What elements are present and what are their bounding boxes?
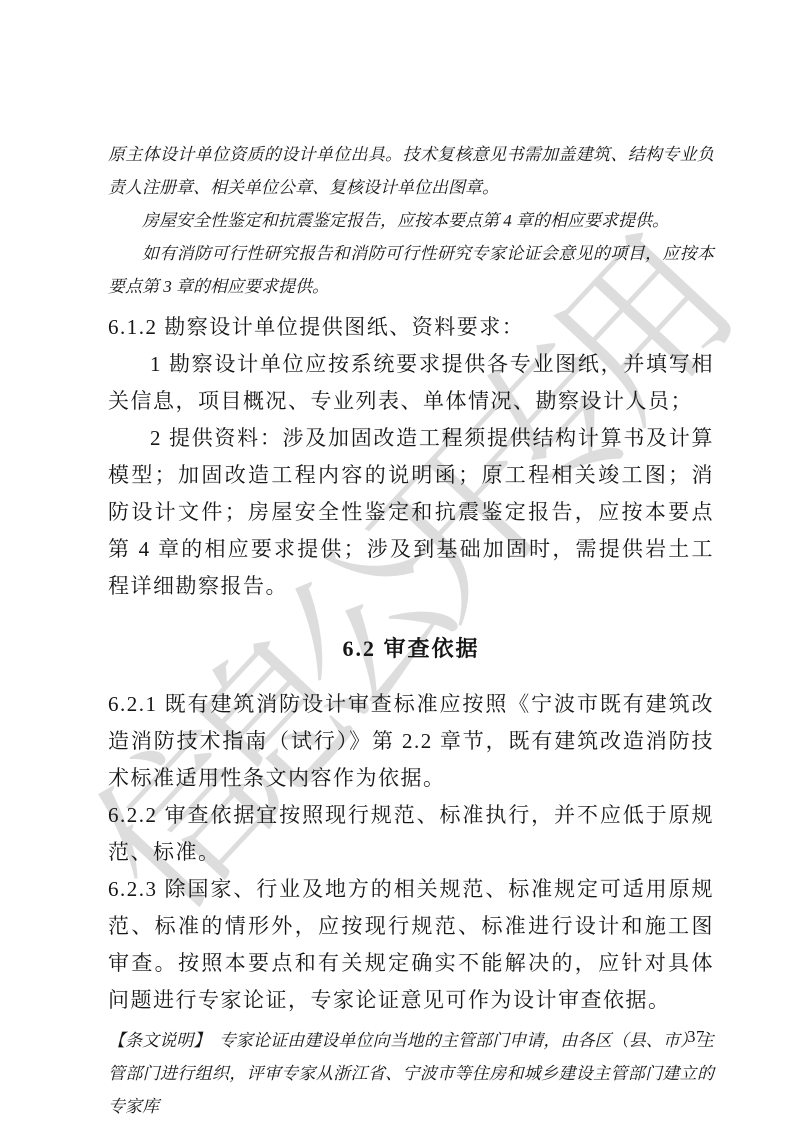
note-continuation-para-2: 房屋安全性鉴定和抗震鉴定报告，应按本要点第 4 章的相应要求提供。 — [108, 204, 714, 237]
section-6-1-2-heading: 6.1.2 勘察设计单位提供图纸、资料要求： — [108, 309, 714, 346]
clause-6-2-1: 6.2.1 既有建筑消防设计审查标准应按照《宁波市既有建筑改造消防技术指南（试行… — [108, 686, 714, 797]
clause-note-continuation: 原主体设计单位资质的设计单位出具。技术复核意见书需加盖建筑、结构专业负责人注册章… — [108, 138, 714, 303]
clause-6-2-2: 6.2.2 审查依据宜按照现行规范、标准执行，并不应低于原规范、标准。 — [108, 797, 714, 871]
section-6-2: 6.2 审查依据 6.2.1 既有建筑消防设计审查标准应按照《宁波市既有建筑改造… — [108, 630, 714, 1019]
section-6-1-2: 6.1.2 勘察设计单位提供图纸、资料要求： 1 勘察设计单位应按系统要求提供各… — [108, 309, 714, 605]
section-6-1-2-item-1: 1 勘察设计单位应按系统要求提供各专业图纸，并填写相关信息，项目概况、专业列表、… — [108, 346, 714, 420]
page-number: 37 — [687, 1027, 705, 1047]
clause-6-2-3: 6.2.3 除国家、行业及地方的相关规范、标准规定可适用原规范、标准的情形外，应… — [108, 871, 714, 1019]
clause-note-paragraph: 【条文说明】专家论证由建设单位向当地的主管部门申请，由各区（县、市）主管部门进行… — [108, 1024, 714, 1123]
note-continuation-para-1: 原主体设计单位资质的设计单位出具。技术复核意见书需加盖建筑、结构专业负责人注册章… — [108, 138, 714, 204]
page-content: 原主体设计单位资质的设计单位出具。技术复核意见书需加盖建筑、结构专业负责人注册章… — [108, 138, 714, 1123]
note-continuation-para-3: 如有消防可行性研究报告和消防可行性研究专家论证会意见的项目，应按本要点第 3 章… — [108, 237, 714, 303]
clause-note-bottom: 【条文说明】专家论证由建设单位向当地的主管部门申请，由各区（县、市）主管部门进行… — [108, 1024, 714, 1123]
section-6-2-heading: 6.2 审查依据 — [108, 630, 714, 667]
section-6-1-2-item-2: 2 提供资料：涉及加固改造工程须提供结构计算书及计算模型；加固改造工程内容的说明… — [108, 420, 714, 605]
clause-note-label: 【条文说明】 — [108, 1031, 210, 1050]
document-page: 信息公开专用 原主体设计单位资质的设计单位出具。技术复核意见书需加盖建筑、结构专… — [0, 0, 800, 1131]
